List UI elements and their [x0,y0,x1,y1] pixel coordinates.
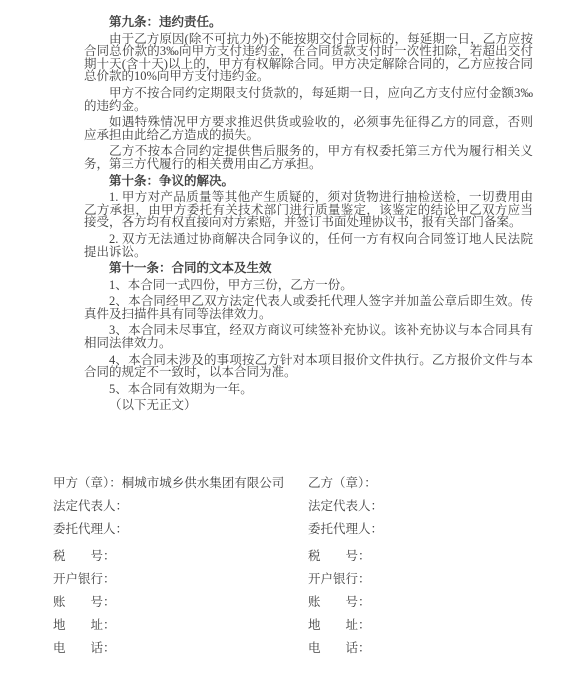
party-b-bank-label: 开户银行： [308,572,371,586]
party-a-legal-rep-label: 法定代表人： [53,499,128,513]
contract-page: 第九条：违约责任。 由于乙方原因(除不可抗力外)不能按期交付合同标的，每延期一日… [0,0,566,699]
clause-10-heading: 第十条：争议的解决。 [84,175,533,188]
party-b-phone-label: 电 话： [308,641,371,655]
party-a-company-name: 桐城市城乡供水集团有限公司 [122,476,285,490]
party-b-legal-rep-label: 法定代表人： [308,499,383,513]
party-b-seal-line: 乙方（章）： [308,472,543,495]
party-b-tax-no-label: 税 号： [308,549,371,563]
sig-row-legal-rep: 法定代表人： 法定代表人： [53,495,543,518]
party-a-agent-label: 委托代理人： [53,522,128,536]
party-a-bank-label: 开户银行： [53,572,116,586]
party-b-agent-label: 委托代理人： [308,522,383,536]
sig-row-bank: 开户银行： 开户银行： [53,568,543,591]
clause-10-item-1: 1. 甲方对产品质量等其他产生质疑的，须对货物进行抽检送检，一切费用由乙方承担，… [84,191,533,229]
clause-9-breach-by-party-b: 由于乙方原因(除不可抗力外)不能按期交付合同标的，每延期一日，乙方应按合同总价款… [84,33,533,83]
clause-10-item-2: 2. 双方无法通过协商解决合同争议的，任何一方有权向合同签订地人民法院提出诉讼。 [84,233,533,258]
clause-11-item-4: 4、本合同未涉及的事项按乙方针对本项目报价文件执行。乙方报价文件与本合同的规定不… [84,354,533,379]
clause-11-item-1: 1、本合同一式四份，甲方三份，乙方一份。 [84,279,533,292]
clause-11-item-5: 5、本合同有效期为一年。 [84,383,533,396]
party-a-seal-line: 甲方（章）：桐城市城乡供水集团有限公司 [53,472,308,495]
clause-9-special-circumstances: 如遇特殊情况甲方要求推迟供货或验收的，必须事先征得乙方的同意，否则应承担由此给乙… [84,116,533,141]
party-a-tax-no-label: 税 号： [53,549,116,563]
sig-row-tax-no: 税 号： 税 号： [53,545,543,568]
clause-9-breach-by-party-a: 甲方不按合同约定期限支付货款的，每延期一日，应向乙方支付应付金额3‰的违约金。 [84,87,533,112]
seal-row: 甲方（章）：桐城市城乡供水集团有限公司 乙方（章）： [53,472,543,495]
clause-9-after-sales-breach: 乙方不按本合同约定提供售后服务的，甲方有权委托第三方代为履行相关义务，第三方代履… [84,145,533,170]
party-a-seal-label: 甲方（章）： [53,476,122,490]
signature-block: 甲方（章）：桐城市城乡供水集团有限公司 乙方（章）： 法定代表人： 法定代表人：… [53,472,543,660]
party-b-address-label: 地 址： [308,618,371,632]
clause-11-heading: 第十一条：合同的文本及生效 [84,262,533,275]
party-a-phone-label: 电 话： [53,641,116,655]
party-a-account-no-label: 账 号： [53,595,116,609]
clause-9-heading: 第九条：违约责任。 [84,16,533,29]
clause-11-item-3: 3、本合同未尽事宜，经双方商议可续签补充协议。该补充协议与本合同具有相同法律效力… [84,324,533,349]
sig-row-account-no: 账 号： 账 号： [53,591,543,614]
party-b-account-no-label: 账 号： [308,595,371,609]
sig-row-phone: 电 话： 电 话： [53,637,543,660]
clause-11-item-2: 2、本合同经甲乙双方法定代表人或委托代理人签字并加盖公章后即生效。传真件及扫描件… [84,295,533,320]
sig-row-address: 地 址： 地 址： [53,614,543,637]
end-of-text-note: （以下无正文） [84,399,533,412]
contract-body: 第九条：违约责任。 由于乙方原因(除不可抗力外)不能按期交付合同标的，每延期一日… [84,16,533,416]
sig-row-agent: 委托代理人： 委托代理人： [53,518,543,541]
party-a-address-label: 地 址： [53,618,116,632]
party-b-seal-label: 乙方（章）： [308,476,377,490]
